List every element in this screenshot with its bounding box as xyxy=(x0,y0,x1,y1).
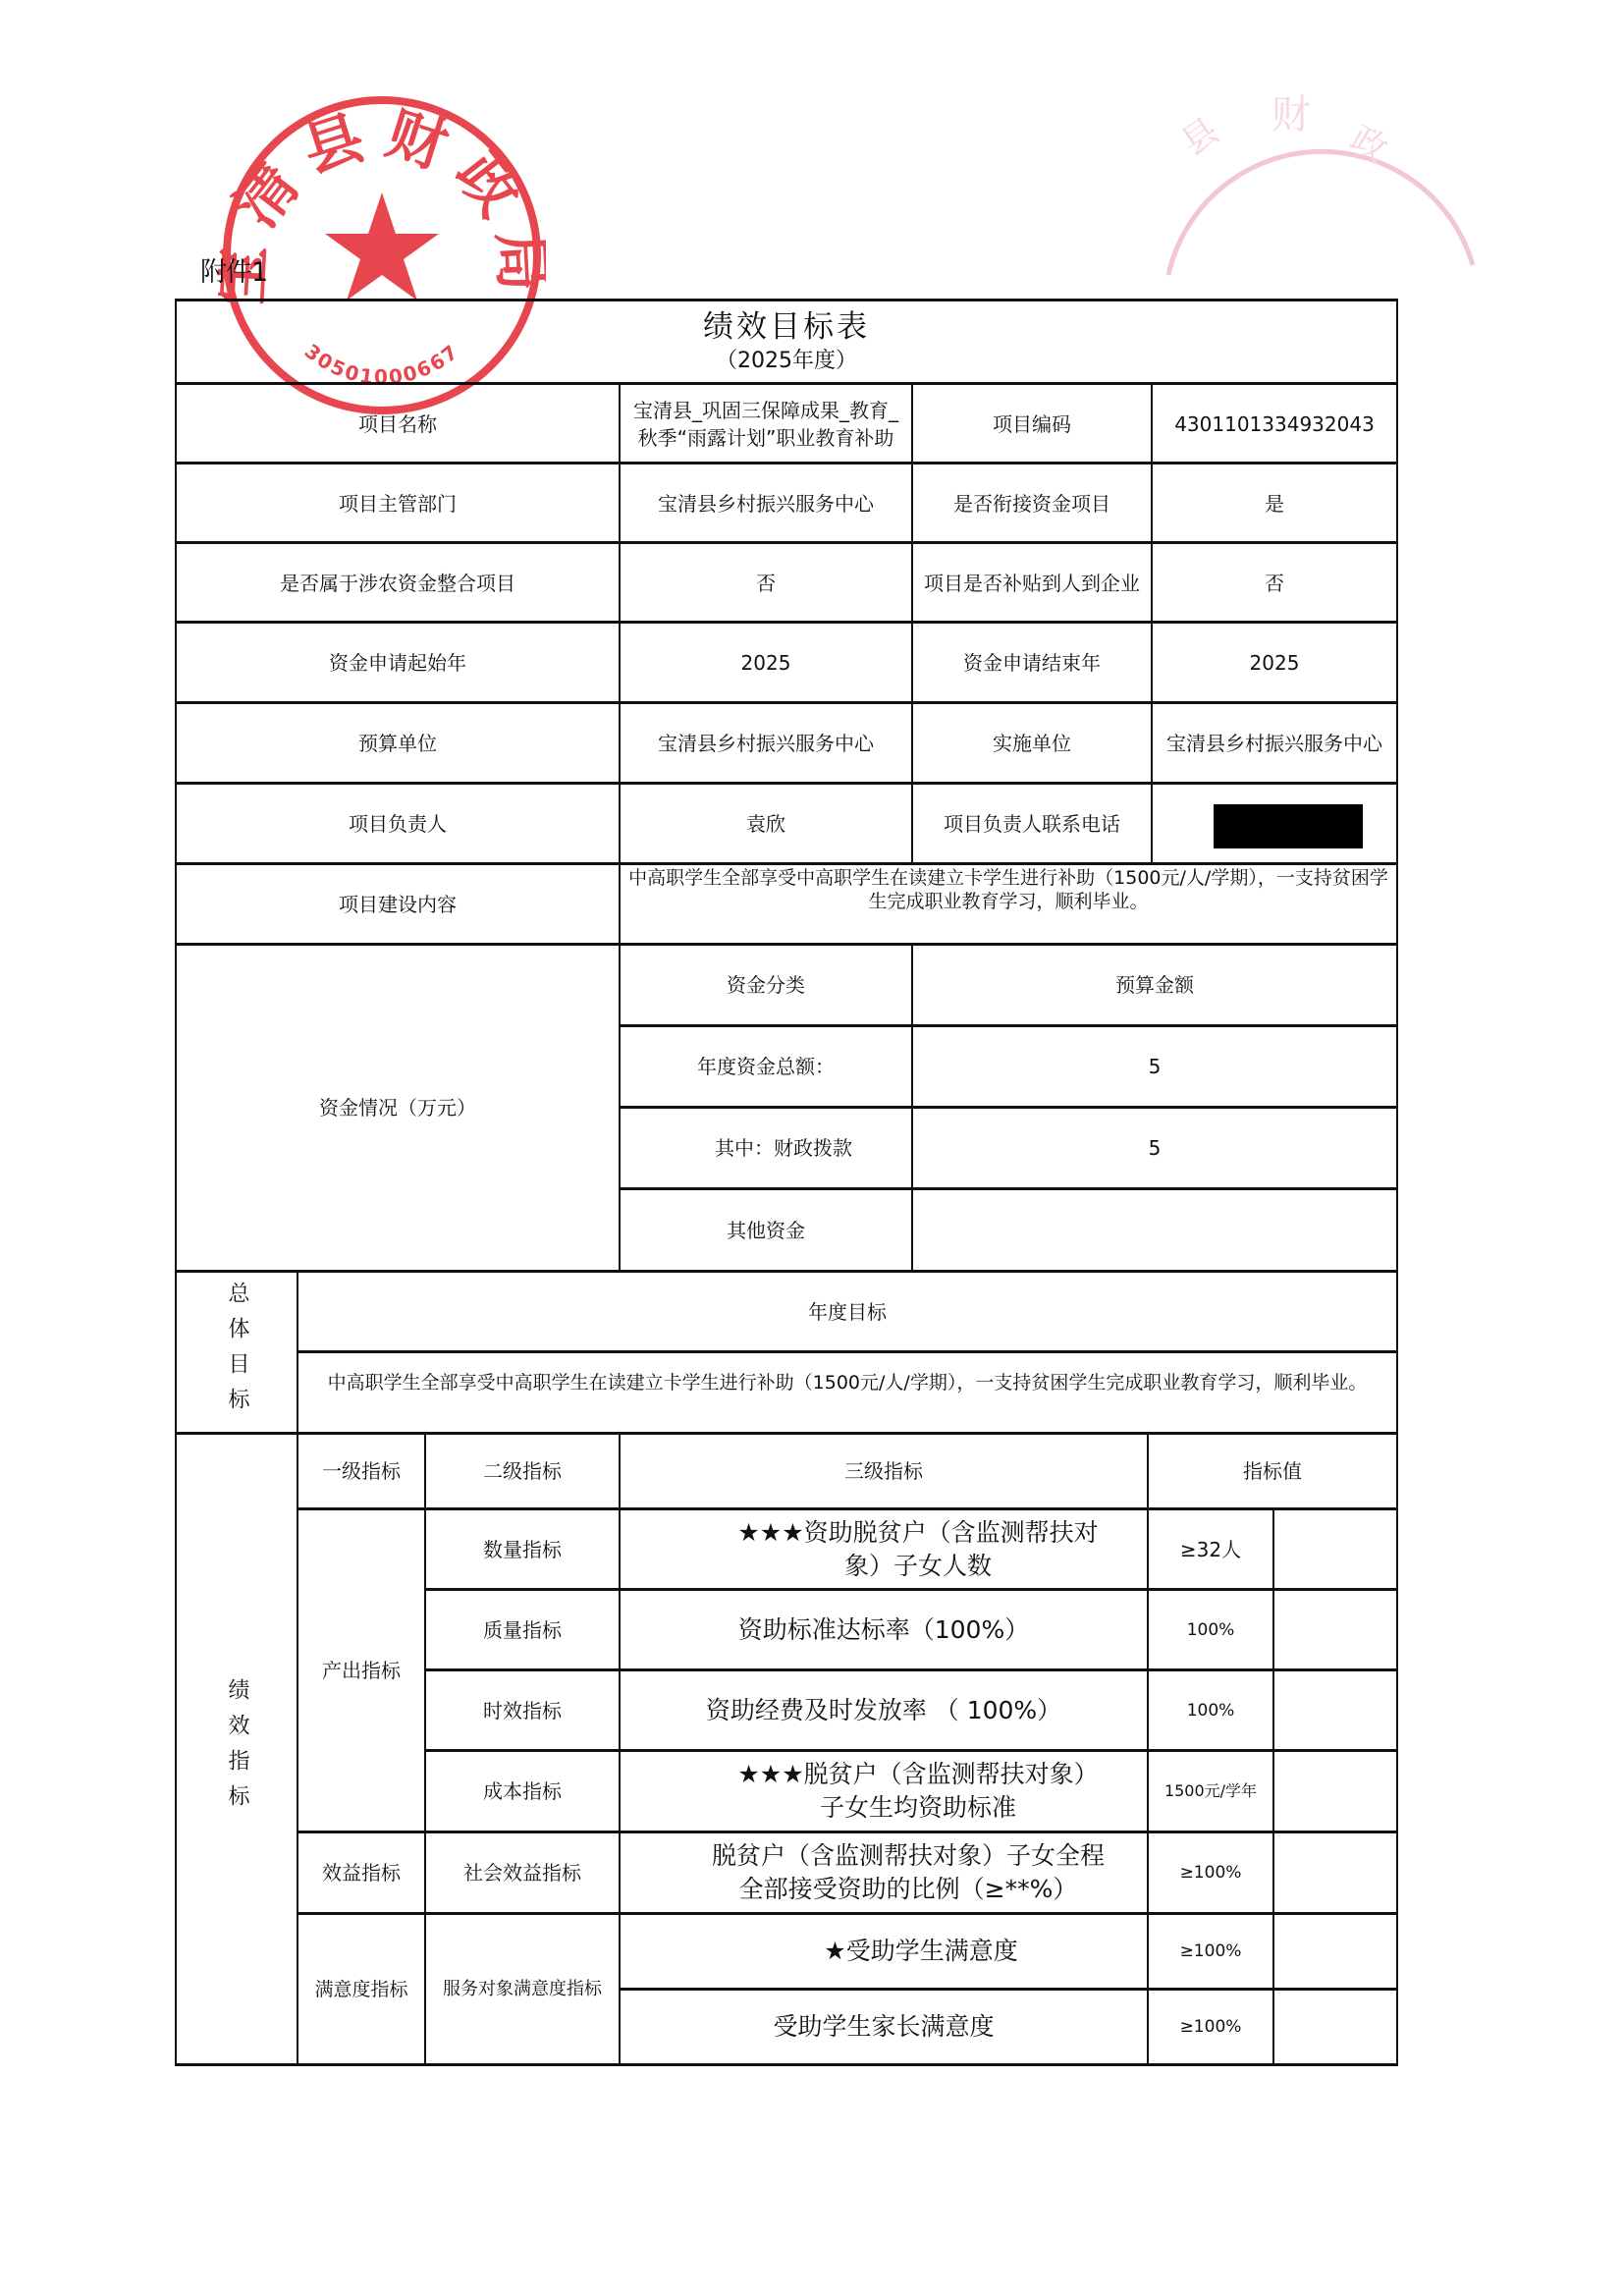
indicator-header-level2: 二级指标 xyxy=(426,1435,619,1507)
overall-goal-text: 中高职学生全部享受中高职学生在读建立卡学生进行补助（1500元/人/学期），一支… xyxy=(298,1353,1396,1412)
level2-timeliness: 时效指标 xyxy=(426,1671,619,1749)
start-year-label: 资金申请起始年 xyxy=(177,624,619,702)
level1-output: 产出指标 xyxy=(298,1510,424,1831)
indicator-header-value: 指标值 xyxy=(1149,1435,1396,1507)
owner-value: 袁欣 xyxy=(621,785,911,863)
level1-satisfaction: 满意度指标 xyxy=(298,1915,424,2063)
indicator-value: ≥100% xyxy=(1149,1833,1272,1912)
funds-row-amount: 5 xyxy=(913,1109,1396,1187)
level2-service-satisfaction: 服务对象满意度指标 xyxy=(426,1915,619,2063)
end-year-label: 资金申请结束年 xyxy=(913,624,1151,702)
ghost-stamp: 财 县 政 xyxy=(1144,39,1497,334)
dept-label: 项目主管部门 xyxy=(177,465,619,542)
level3-item: ★★★资助脱贫户（含监测帮扶对象）子女人数 xyxy=(621,1510,1147,1588)
level2-quality: 质量指标 xyxy=(426,1591,619,1668)
linked-fund-value: 是 xyxy=(1153,465,1396,542)
level3-item: 脱贫户（含监测帮扶对象）子女全程全部接受资助的比例（≥**%） xyxy=(621,1833,1147,1912)
funds-row-category: 年度资金总额： xyxy=(621,1027,911,1106)
funds-row-amount: 5 xyxy=(913,1027,1396,1106)
content-label: 项目建设内容 xyxy=(177,865,619,944)
impl-unit-value: 宝清县乡村振兴服务中心 xyxy=(1153,704,1396,783)
funds-row-category: 其他资金 xyxy=(621,1190,911,1270)
project-code-label: 项目编码 xyxy=(913,385,1151,463)
level3-item: 资助标准达标率（100%） xyxy=(621,1591,1147,1668)
impl-unit-label: 实施单位 xyxy=(913,704,1151,783)
indicator-value: 100% xyxy=(1149,1591,1272,1668)
svg-text:财: 财 xyxy=(1271,92,1311,137)
subsidy-label: 项目是否补贴到人到企业 xyxy=(913,544,1151,622)
linked-fund-label: 是否衔接资金项目 xyxy=(913,465,1151,542)
indicator-header-level1: 一级指标 xyxy=(298,1435,424,1507)
indicator-header-level3: 三级指标 xyxy=(621,1435,1147,1507)
funds-label: 资金情况（万元） xyxy=(177,946,619,1270)
level3-item: 资助经费及时发放率 （ 100%） xyxy=(621,1671,1147,1749)
level2-cost: 成本指标 xyxy=(426,1752,619,1831)
table-subtitle: （2025年度） xyxy=(716,347,857,376)
level2-social-benefit: 社会效益指标 xyxy=(426,1833,619,1912)
indicator-value: 1500元/学年 xyxy=(1149,1752,1272,1831)
indicator-value: ≥100% xyxy=(1149,1991,1272,2063)
indicator-value: 100% xyxy=(1149,1671,1272,1749)
funds-row-amount xyxy=(913,1190,1396,1270)
level3-item: 受助学生家长满意度 xyxy=(621,1991,1147,2063)
table-title: 绩效目标表 xyxy=(703,307,870,347)
funds-row-category: 其中：财政拨款 xyxy=(621,1109,911,1187)
phone-label: 项目负责人联系电话 xyxy=(913,785,1151,863)
seal-star-icon xyxy=(325,192,439,301)
agri-integration-label: 是否属于涉农资金整合项目 xyxy=(177,544,619,622)
funds-col-category: 资金分类 xyxy=(621,946,911,1024)
level3-item: ★受助学生满意度 xyxy=(621,1915,1147,1988)
start-year-value: 2025 xyxy=(621,624,911,702)
owner-label: 项目负责人 xyxy=(177,785,619,863)
level1-benefit: 效益指标 xyxy=(298,1833,424,1912)
overall-goal-side-label: 总体目标 xyxy=(177,1273,297,1432)
budget-unit-value: 宝清县乡村振兴服务中心 xyxy=(621,704,911,783)
end-year-value: 2025 xyxy=(1153,624,1396,702)
overall-goal-header: 年度目标 xyxy=(298,1273,1396,1351)
indicator-value: ≥100% xyxy=(1149,1915,1272,1988)
subsidy-value: 否 xyxy=(1153,544,1396,622)
official-seal: 宝清县财政局 2305010006670 xyxy=(218,91,546,419)
dept-value: 宝清县乡村振兴服务中心 xyxy=(621,465,911,542)
budget-unit-label: 预算单位 xyxy=(177,704,619,783)
content-value: 中高职学生全部享受中高职学生在读建立卡学生进行补助（1500元/人/学期），一支… xyxy=(621,865,1396,914)
level2-quantity: 数量指标 xyxy=(426,1510,619,1588)
indicator-value: ≥32人 xyxy=(1149,1510,1272,1588)
project-code-value: 4301101334932043 xyxy=(1153,385,1396,463)
project-name-value: 宝清县_巩固三保障成果_教育_秋季“雨露计划”职业教育补助 xyxy=(621,385,911,463)
level3-item: ★★★脱贫户（含监测帮扶对象）子女生均资助标准 xyxy=(621,1752,1147,1831)
indicators-side-label: 绩效指标 xyxy=(177,1435,297,2063)
phone-redaction-box xyxy=(1214,804,1363,848)
svg-text:县: 县 xyxy=(1174,111,1226,164)
funds-col-amount: 预算金额 xyxy=(913,946,1396,1024)
agri-integration-value: 否 xyxy=(621,544,911,622)
